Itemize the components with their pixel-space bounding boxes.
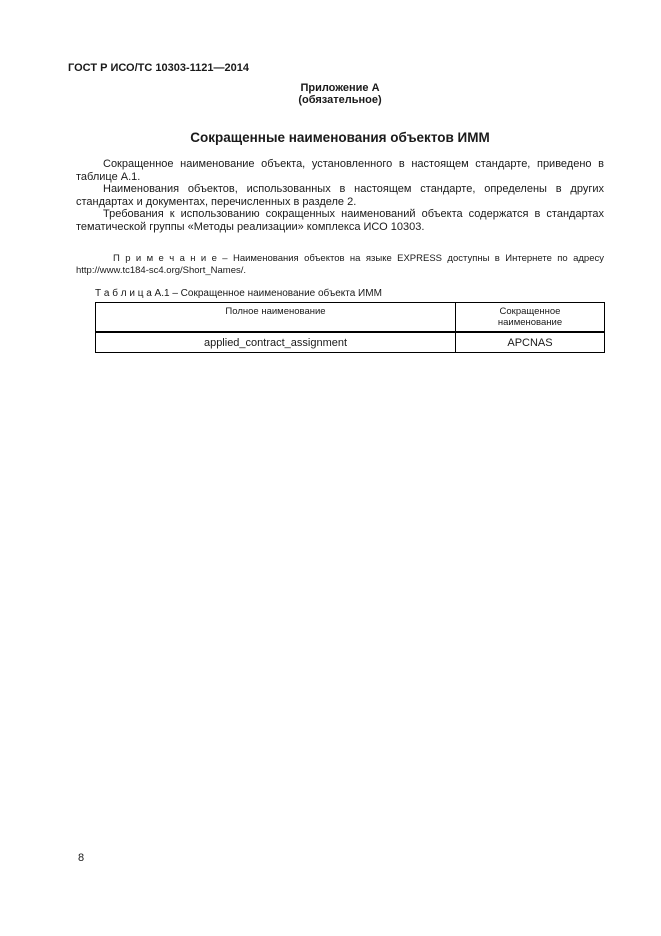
doc-code-header: ГОСТ Р ИСО/ТС 10303-1121—2014 [68, 62, 661, 75]
abbreviations-table: Полное наименование Сокращенное наименов… [95, 302, 605, 353]
table-caption: Т а б л и ц а А.1 – Сокращенное наименов… [95, 288, 604, 300]
column-header-short-name-label: Сокращенное наименование [483, 306, 578, 328]
note-url: http://www.tc184-sc4.org/Short_Names/. [76, 265, 604, 277]
table-row: applied_contract_assignment APCNAS [96, 332, 605, 353]
annex-subtitle: (обязательное) [76, 94, 604, 106]
paragraph: Сокращенное наименование объекта, устано… [76, 158, 604, 183]
body-paragraphs: Сокращенное наименование объекта, устано… [76, 158, 604, 233]
paragraph: Требования к использованию сокращенных н… [76, 208, 604, 233]
column-header-short-name: Сокращенное наименование [456, 303, 605, 333]
note-text: П р и м е ч а н и е – Наименования объек… [76, 253, 604, 265]
column-header-full-name-label: Полное наименование [225, 306, 325, 317]
paragraph: Наименования объектов, использованных в … [76, 183, 604, 208]
note-block: П р и м е ч а н и е – Наименования объек… [76, 253, 604, 277]
content-area: Приложение А (обязательное) Сокращенные … [76, 82, 604, 353]
table-header-row: Полное наименование Сокращенное наименов… [96, 303, 605, 333]
page-number: 8 [78, 852, 84, 865]
column-header-full-name: Полное наименование [96, 303, 456, 333]
annex-title: Приложение А [76, 82, 604, 94]
cell-full-name: applied_contract_assignment [96, 332, 456, 353]
document-page: ГОСТ Р ИСО/ТС 10303-1121—2014 Приложение… [0, 0, 661, 936]
cell-short-name: APCNAS [456, 332, 605, 353]
section-title: Сокращенные наименования объектов ИММ [76, 130, 604, 145]
